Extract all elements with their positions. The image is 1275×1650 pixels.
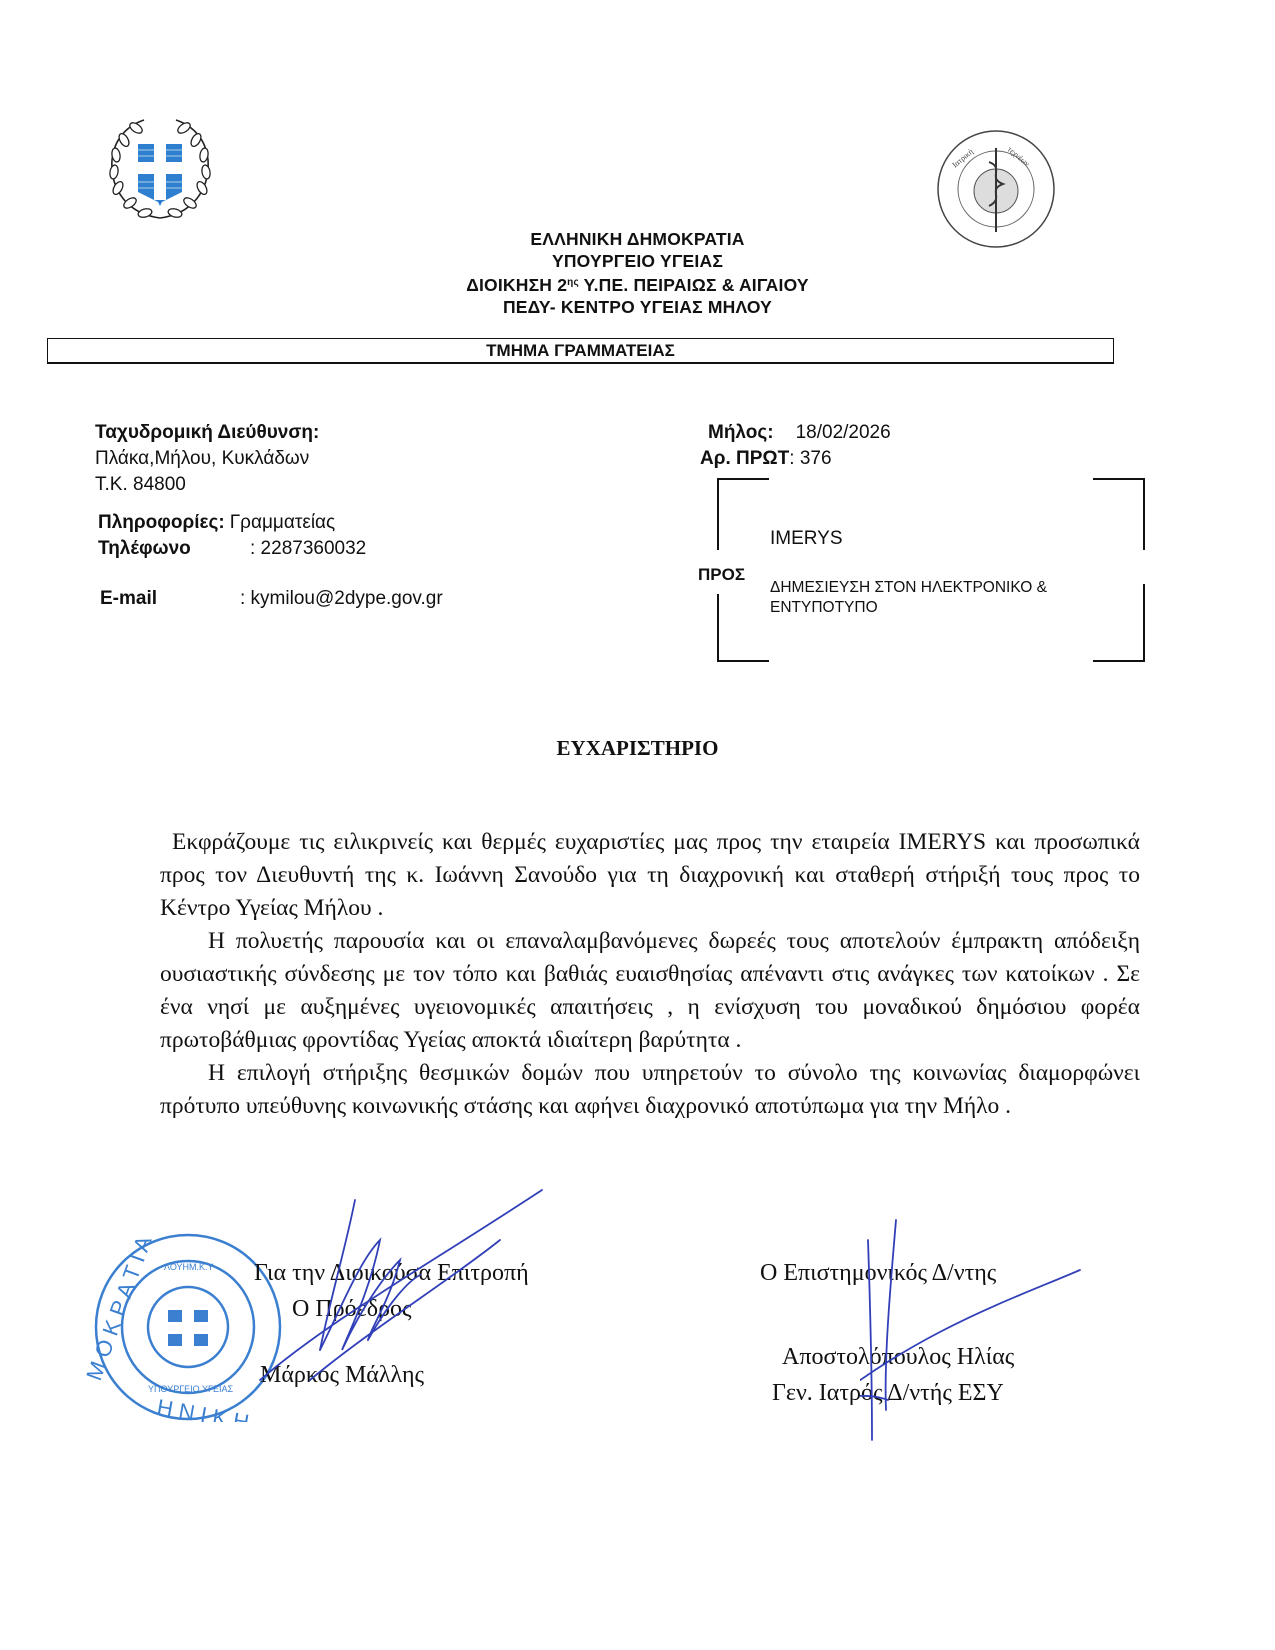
recipient-name: IMERYS — [770, 528, 843, 550]
bracket-top-left — [717, 478, 769, 550]
country-name: ΕΛΛΗΝΙΚΗ ΔΗΜΟΚΡΑΤΙΑ — [0, 228, 1275, 250]
ministry-name: ΥΠΟΥΡΓΕΙΟ ΥΓΕΙΑΣ — [0, 250, 1275, 272]
svg-text:τεχνέων: τεχνέων — [1006, 145, 1032, 169]
svg-text:Η Ν Ι Κ Η: Η Ν Ι Κ Η — [155, 1394, 251, 1422]
phone-label: Τηλέφωνο — [98, 536, 250, 562]
postal-address: Ταχυδρομική Διεύθυνση: Πλάκα,Μήλου, Κυκλ… — [95, 420, 319, 498]
letter-body: Εκφράζουμε τις ειλικρινείς και θερμές ευ… — [160, 826, 1140, 1123]
email-value[interactable]: : kymilou@2dype.gov.gr — [240, 588, 443, 609]
paragraph-3: Η επιλογή στήριξης θεσμικών δομών που υπ… — [160, 1057, 1140, 1123]
document-meta: Μήλος:18/02/2026 Αρ. ΠΡΩΤ: 376 — [700, 420, 891, 472]
department-label: ΤΜΗΜΑ ΓΡΑΜΜΑΤΕΙΑΣ — [48, 339, 1113, 363]
regional-authority: ΔΙΟΙΚΗΣΗ 2ης Υ.ΠΕ. ΠΕΙΡΑΙΩΣ & ΑΙΓΑΙΟΥ — [0, 272, 1275, 296]
authority-sup: ης — [567, 277, 579, 288]
protocol-number: : 376 — [789, 448, 831, 469]
protocol-label: Αρ. ΠΡΩΤ — [700, 448, 789, 469]
authority-post: Υ.ΠΕ. ΠΕΙΡΑΙΩΣ & ΑΙΓΑΙΟΥ — [579, 275, 809, 295]
svg-text:Ιατρική: Ιατρική — [951, 147, 976, 170]
greek-coat-of-arms-emblem — [100, 110, 220, 230]
department-box: ΤΜΗΜΑ ΓΡΑΜΜΑΤΕΙΑΣ — [47, 338, 1114, 364]
document-date: 18/02/2026 — [796, 420, 891, 446]
health-center-name: ΠΕΔΥ- ΚΕΝΤΡΟ ΥΓΕΙΑΣ ΜΗΛΟΥ — [0, 296, 1275, 318]
letterhead: ΕΛΛΗΝΙΚΗ ΔΗΜΟΚΡΑΤΙΑ ΥΠΟΥΡΓΕΙΟ ΥΓΕΙΑΣ ΔΙΟ… — [0, 228, 1275, 318]
address-label: Ταχυδρομική Διεύθυνση: — [95, 420, 319, 446]
paragraph-2: Η πολυετής παρουσία και οι επαναλαμβανόμ… — [160, 925, 1140, 1057]
handwritten-signature-left — [250, 1180, 610, 1420]
authority-pre: ΔΙΟΙΚΗΣΗ 2 — [466, 275, 567, 295]
to-label: ΠΡΟΣ — [698, 565, 745, 585]
address-line-1: Πλάκα,Μήλου, Κυκλάδων — [95, 446, 319, 472]
contact-info: Πληροφορίες: Γραμματείας Τηλέφωνο : 2287… — [98, 510, 366, 562]
svg-text:ΥΠΟΥΡΓΕΙΟ ΥΓΕΙΑΣ: ΥΠΟΥΡΓΕΙΟ ΥΓΕΙΑΣ — [148, 1384, 233, 1394]
place-label: Μήλος: — [708, 422, 774, 443]
info-label: Πληροφορίες: — [98, 510, 225, 536]
address-line-2: Τ.Κ. 84800 — [95, 472, 319, 498]
bracket-bottom-left — [717, 594, 769, 662]
bracket-top-right — [1093, 478, 1145, 550]
document-title: ΕΥΧΑΡΙΣΤΗΡΙΟ — [0, 736, 1275, 761]
email-row: E-mail: kymilou@2dype.gov.gr — [100, 588, 443, 610]
recipient-note: ΔΗΜΕΣΙΕΥΣΗ ΣΤΟΝ ΗΛΕΚΤΡΟΝΙΚΟ & ΕΝΤΥΠΟΤΥΠΟ — [770, 578, 1130, 618]
paragraph-1: Εκφράζουμε τις ειλικρινείς και θερμές ευ… — [160, 826, 1140, 925]
svg-text:ΛΟΥΗΜ.Κ.Υ: ΛΟΥΗΜ.Κ.Υ — [164, 1262, 214, 1272]
email-label: E-mail — [100, 588, 240, 610]
handwritten-signature-right — [860, 1210, 1090, 1450]
info-value: Γραμματείας — [230, 510, 335, 536]
phone-value: : 2287360032 — [250, 536, 366, 562]
svg-text:Μ Ο Κ Ρ Α Τ Ι Α: Μ Ο Κ Ρ Α Τ Ι Α — [81, 1232, 156, 1383]
